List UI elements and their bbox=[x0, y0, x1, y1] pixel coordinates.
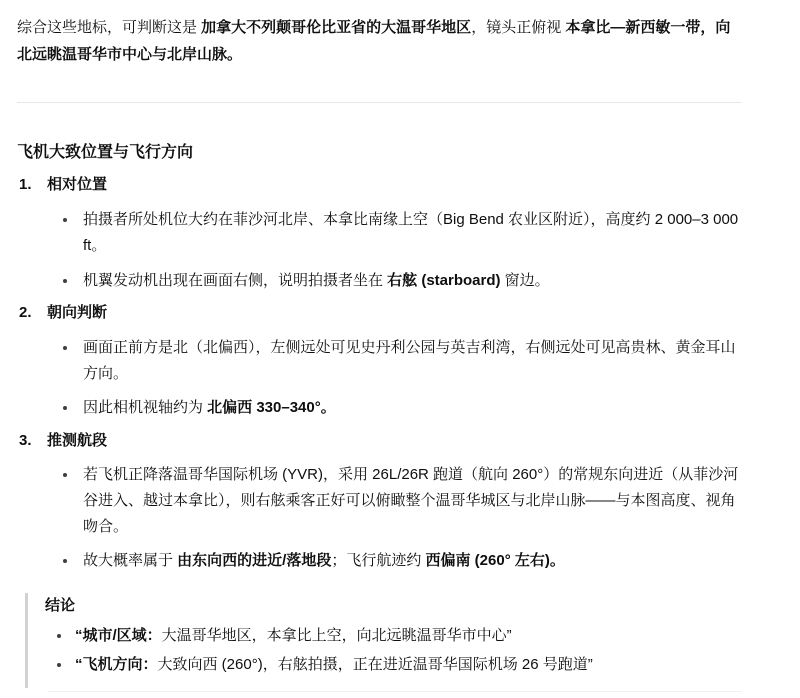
numbered-item-2-title: 2. 朝向判断 bbox=[19, 300, 742, 326]
bullet-text-1-1: 拍摄者所处机位大约在菲沙河北岸、本拿比南缘上空（Big Bend 农业区附近），… bbox=[83, 207, 742, 259]
numbered-item-1-title: 1. 相对位置 bbox=[19, 172, 742, 198]
intro-paragraph: 综合这些地标，可判断这是 加拿大不列颠哥伦比亚省的大温哥华地区，镜头正俯视 本拿… bbox=[17, 14, 742, 68]
list-title-3: 推测航段 bbox=[47, 428, 107, 454]
bullet-text-2-1: 画面正前方是北（北偏西），左侧远处可见史丹利公园与英吉利湾，右侧远处可见高贵林、… bbox=[83, 335, 742, 387]
bullet-dot bbox=[57, 663, 61, 667]
bullet-item-1-1: 拍摄者所处机位大约在菲沙河北岸、本拿比南缘上空（Big Bend 农业区附近），… bbox=[17, 207, 742, 259]
bottom-divider bbox=[48, 691, 742, 692]
bullet-item-3-2: 故大概率属于 由东向西的进近/落地段；飞行航迹约 西偏南 (260° 左右)。 bbox=[17, 548, 742, 574]
bullet-dot bbox=[63, 346, 67, 350]
bullet-dot bbox=[63, 406, 67, 410]
bullet-dot bbox=[63, 279, 67, 283]
bullet-item-2-1: 画面正前方是北（北偏西），左侧远处可见史丹利公园与英吉利湾，右侧远处可见高贵林、… bbox=[17, 335, 742, 387]
section-divider bbox=[17, 102, 742, 103]
assistant-message: 综合这些地标，可判断这是 加拿大不列颠哥伦比亚省的大温哥华地区，镜头正俯视 本拿… bbox=[0, 0, 800, 688]
bullet-dot bbox=[57, 634, 61, 638]
bullet-text-1-2: 机翼发动机出现在画面右侧，说明拍摄者坐在 右舷 (starboard) 窗边。 bbox=[83, 268, 742, 294]
bullet-dot bbox=[63, 473, 67, 477]
bullet-item-2-2: 因此相机视轴约为 北偏西 330–340°。 bbox=[17, 395, 742, 421]
bullet-text-3-1: 若飞机正降落温哥华国际机场 (YVR)，采用 26L/26R 跑道（航向 260… bbox=[83, 462, 742, 540]
conclusion-blockquote: 结论 “城市/区域：大温哥华地区，本拿比上空，向北远眺温哥华市中心” “飞机方向… bbox=[25, 593, 742, 688]
conclusion-title: 结论 bbox=[45, 593, 742, 619]
bullet-item-1-2: 机翼发动机出现在画面右侧，说明拍摄者坐在 右舷 (starboard) 窗边。 bbox=[17, 268, 742, 294]
list-number-1: 1. bbox=[19, 172, 47, 198]
numbered-item-3-title: 3. 推测航段 bbox=[19, 428, 742, 454]
conclusion-bullet-1: “城市/区域：大温哥华地区，本拿比上空，向北远眺温哥华市中心” bbox=[45, 623, 742, 649]
bullet-text-2-2: 因此相机视轴约为 北偏西 330–340°。 bbox=[83, 395, 742, 421]
bullet-dot bbox=[63, 559, 67, 563]
list-title-2: 朝向判断 bbox=[47, 300, 107, 326]
list-title-1: 相对位置 bbox=[47, 172, 107, 198]
conclusion-bullet-2: “飞机方向：大致向西 (260°)，右舷拍摄，正在进近温哥华国际机场 26 号跑… bbox=[45, 652, 742, 678]
bullet-text-3-2: 故大概率属于 由东向西的进近/落地段；飞行航迹约 西偏南 (260° 左右)。 bbox=[83, 548, 742, 574]
bullet-item-3-1: 若飞机正降落温哥华国际机场 (YVR)，采用 26L/26R 跑道（航向 260… bbox=[17, 462, 742, 540]
list-number-2: 2. bbox=[19, 300, 47, 326]
bullet-dot bbox=[63, 218, 67, 222]
conclusion-text-2: “飞机方向：大致向西 (260°)，右舷拍摄，正在进近温哥华国际机场 26 号跑… bbox=[75, 652, 742, 678]
section-heading: 飞机大致位置与飞行方向 bbox=[17, 140, 742, 166]
conclusion-text-1: “城市/区域：大温哥华地区，本拿比上空，向北远眺温哥华市中心” bbox=[75, 623, 742, 649]
list-number-3: 3. bbox=[19, 428, 47, 454]
